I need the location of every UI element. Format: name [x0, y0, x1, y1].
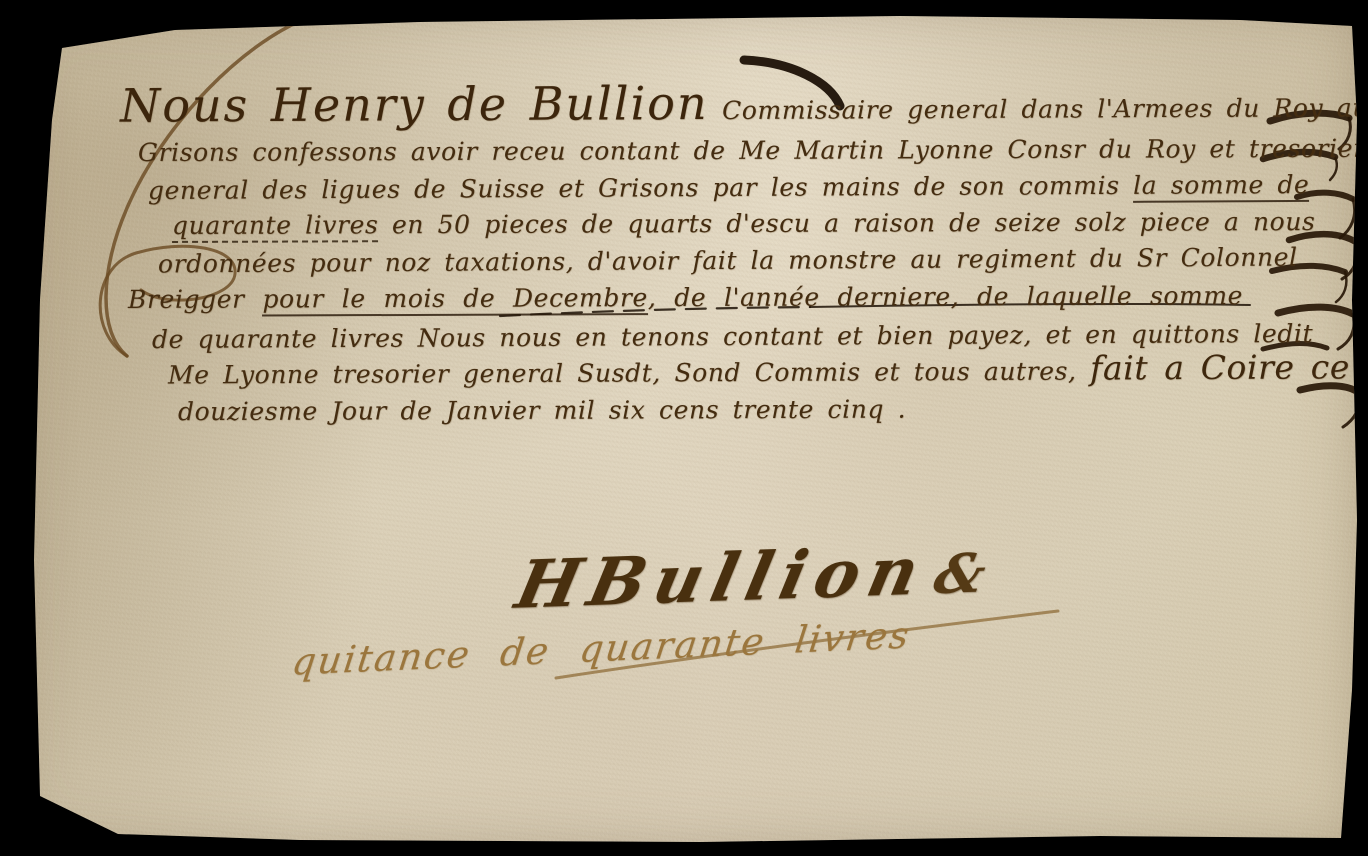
filler-stroke [1342, 242, 1358, 279]
docket-note: quitance de quarante livres [290, 616, 913, 680]
signature-paraph: & [929, 541, 992, 607]
signature: HBullion& [511, 532, 1090, 618]
line-text: Grisons confessons avoir receu contant d… [138, 134, 1366, 167]
scan-background: Nous Henry de Bullion Commissaire genera… [0, 0, 1368, 856]
line-text: Commissaire general dans l'Armees du Roy… [722, 93, 1368, 125]
opening-words: Nous Henry de Bullion [120, 76, 709, 133]
underlined-text: pour le mois de Decembre [262, 283, 648, 316]
manuscript-line: douziesme Jour de Janvier mil six cens t… [178, 395, 818, 427]
manuscript-line: ordonnées pour noz taxations, d'avoir fa… [158, 243, 1288, 280]
signature-name: HBullion [509, 532, 934, 624]
filler-stroke [1300, 386, 1359, 393]
line-text: Breigger [128, 285, 245, 314]
manuscript-line: Grisons confessons avoir receu contant d… [138, 134, 1298, 168]
parchment: Nous Henry de Bullion Commissaire genera… [0, 0, 1368, 856]
line-text: fait a Coire ce [1090, 347, 1350, 387]
filler-stroke [1343, 393, 1360, 427]
line-text: en 50 pieces de quarts d'escu a raison d… [392, 207, 1316, 239]
filler-stroke [1336, 272, 1346, 302]
line-text: general des ligues de Suisse et Grisons … [148, 171, 1120, 205]
manuscript-line: Nous Henry de Bullion Commissaire genera… [120, 77, 1310, 128]
line-text: ordonnées pour noz taxations, d'avoir fa… [158, 242, 1298, 278]
manuscript-line: Me Lyonne tresorier general Susdt, Sond … [168, 352, 1323, 390]
filler-stroke [1278, 307, 1353, 314]
line-text: Me Lyonne tresorier general Susdt, Sond … [168, 357, 1077, 390]
manuscript-line: general des ligues de Suisse et Grisons … [148, 170, 1298, 206]
manuscript-line: quarante livres en 50 pieces de quarts d… [172, 207, 1297, 241]
underlined-text: la somme de [1133, 170, 1309, 203]
line-text: douziesme Jour de Janvier mil six cens t… [178, 395, 906, 427]
filler-stroke [1338, 314, 1354, 349]
filler-stroke [1340, 199, 1355, 238]
manuscript-line: Breigger pour le mois de Decembre, de l'… [128, 281, 1243, 315]
line-text: , de l'année derniere, de laquelle somme [648, 281, 1243, 312]
underlined-text: quarante livres [172, 210, 379, 243]
